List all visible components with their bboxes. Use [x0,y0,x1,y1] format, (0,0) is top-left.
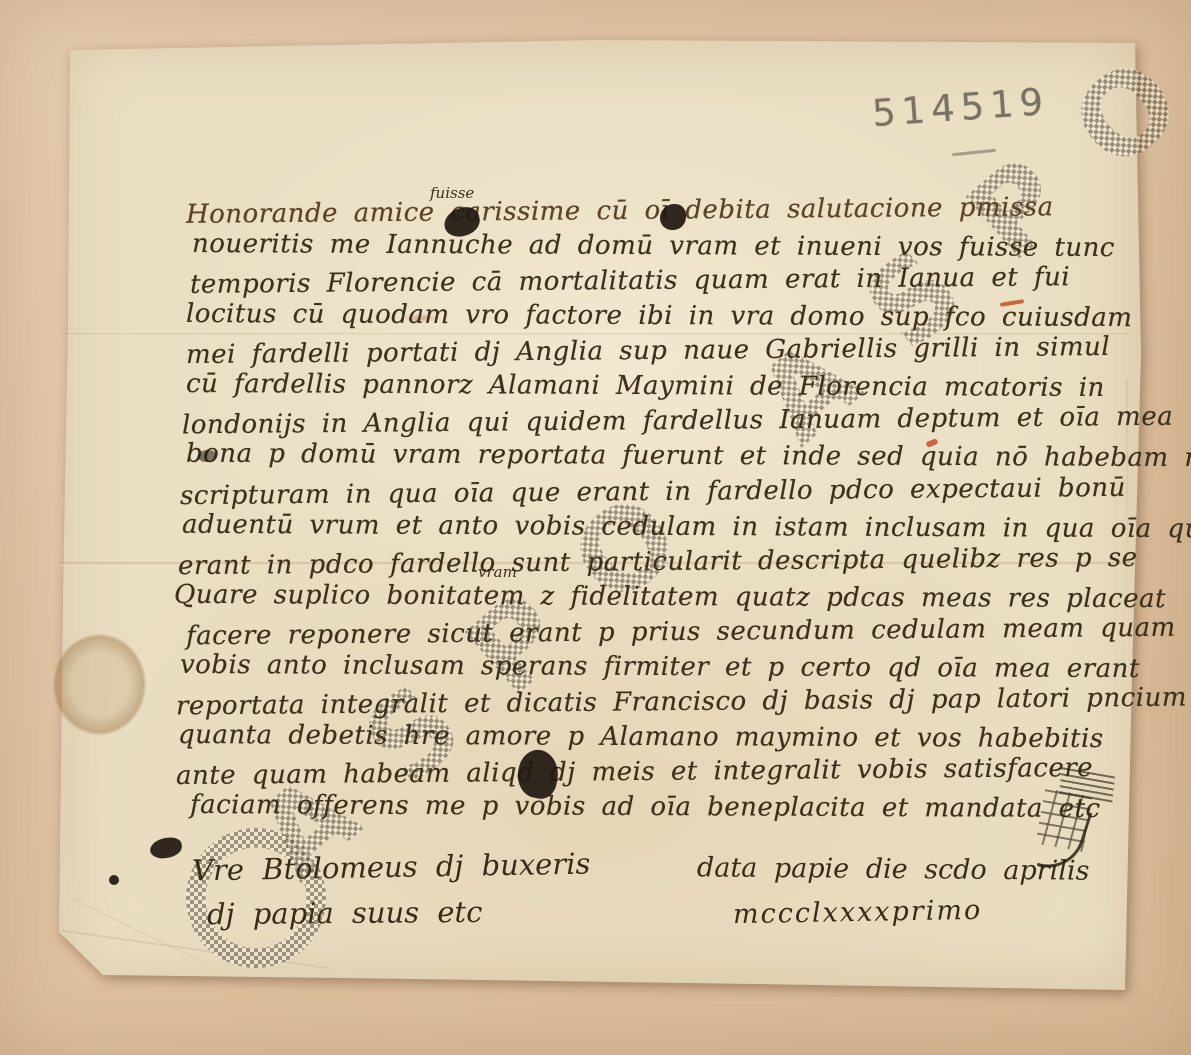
interline-correction: vram [478,563,517,581]
manuscript-line: aduentū vrum et anto vobis cedulam in is… [182,510,1191,545]
manuscript-line: bona p domū vram reportata fuerunt et in… [186,439,1191,474]
manuscript-line: faciam offerens me p vobis ad oīa benepl… [190,790,1101,824]
manuscript-line: quanta debetis hre amore p Alamano maymi… [178,720,1104,754]
manuscript-line: vobis anto inclusam sperans firmiter et … [180,650,1140,684]
signature-line: dj papia suus etc [207,895,483,931]
manuscript-line: locitus cū quodam vro factore ibi in vra… [186,299,1133,333]
dateline: data papie die scdo aprilis [697,852,1090,886]
ink-blot [109,875,119,885]
dateline: mccclxxxxprimo [733,895,983,930]
signature-line: Vre Btolomeus dj buxeris [192,847,591,888]
manuscript-scan: ASPO ASPO 514519 Honorande amice carissi… [0,0,1191,1055]
ink-blot [198,450,216,462]
manuscript-line: noueritis me Iannuche ad domū vram et in… [192,229,1115,263]
ink-blot [660,204,686,230]
manuscript-line: Quare suplico bonitatem z fidelitatem qu… [174,580,1166,614]
interline-correction: fuisse [430,184,474,202]
stain [42,622,157,747]
manuscript-line: cū fardellis pannorz Alamani Maymini de … [186,369,1105,403]
